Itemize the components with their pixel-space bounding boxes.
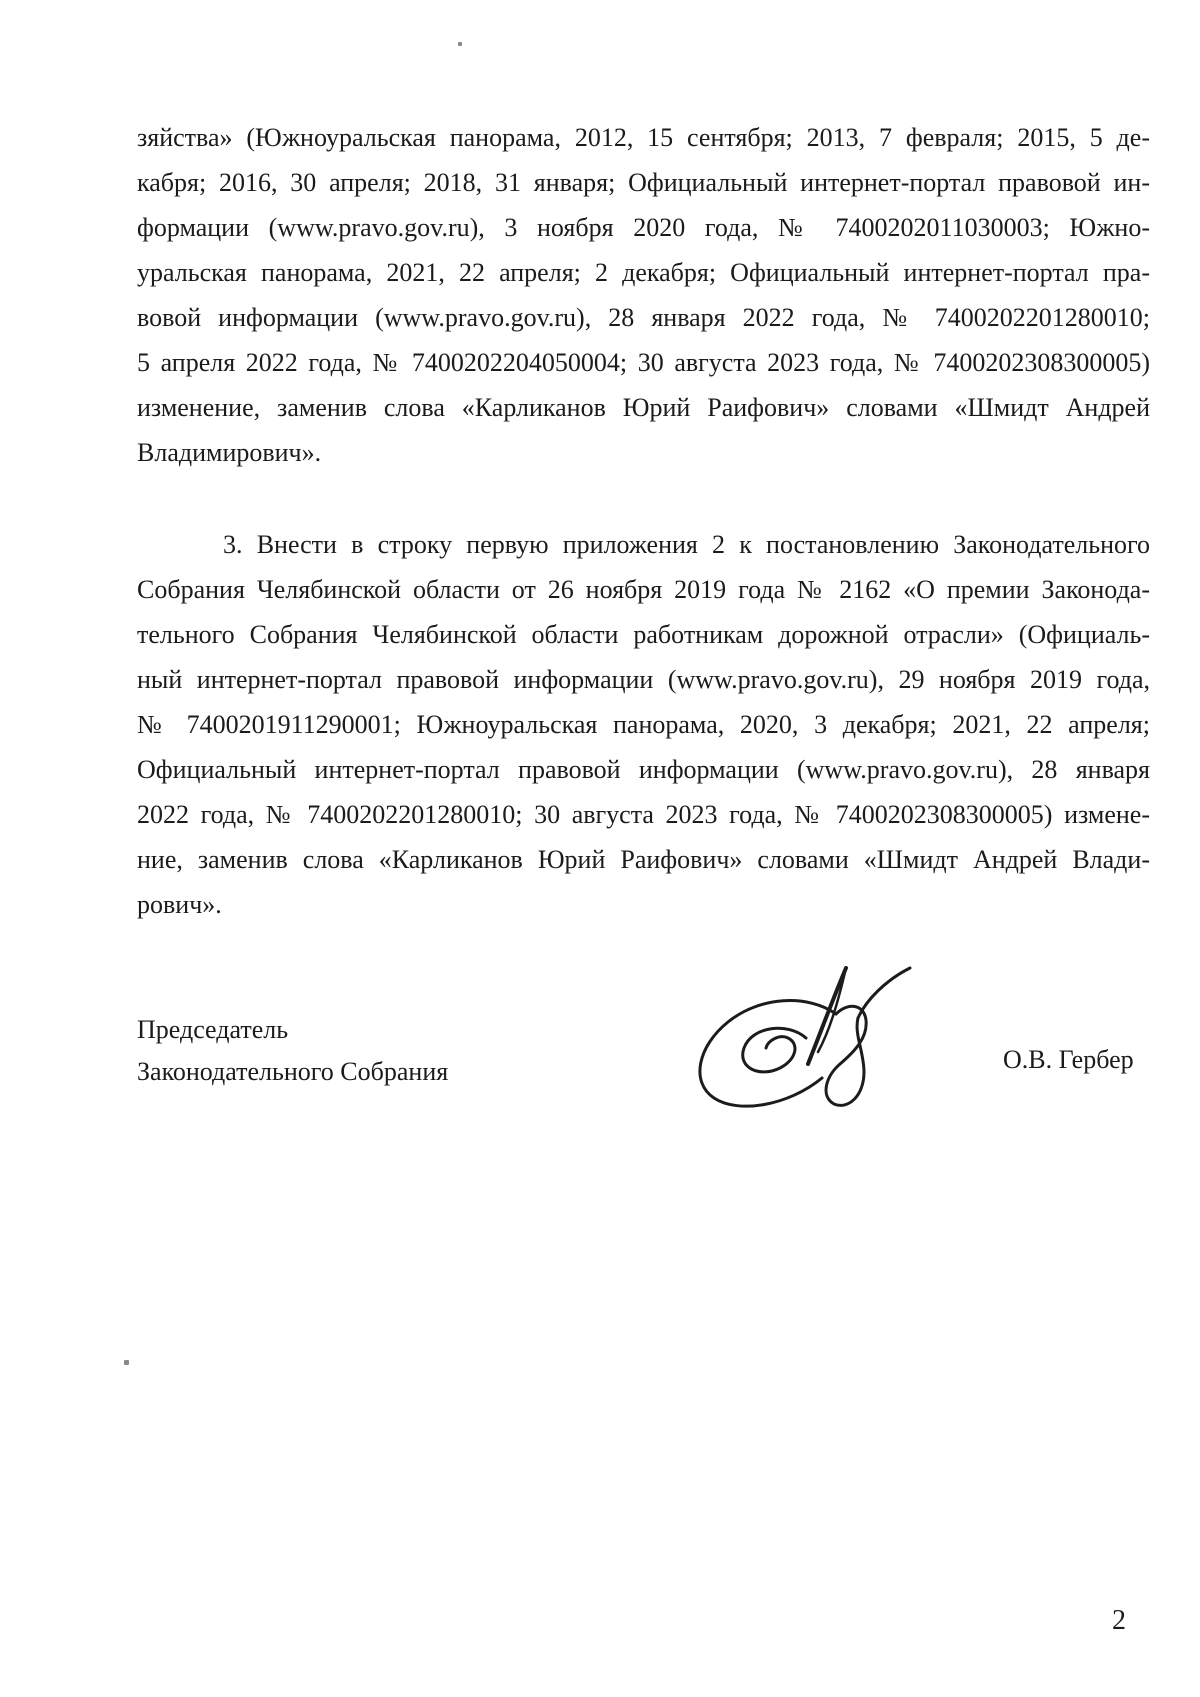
handwritten-signature-icon (688, 956, 920, 1118)
paragraph-line: Собрания Челябинской области от 26 ноябр… (137, 567, 1150, 612)
paragraph-line: Официальный интернет-портал правовой инф… (137, 747, 1150, 792)
page-number: 2 (1112, 1601, 1126, 1641)
paragraph-line: кабря; 2016, 30 апреля; 2018, 31 января;… (137, 160, 1150, 205)
signer-role-line-1: Председатель (137, 1009, 448, 1051)
signature-block: Председатель Законодательного Собрания (137, 1009, 448, 1093)
document-page: зяйства» (Южноуральская панорама, 2012, … (0, 0, 1200, 1697)
paragraph-line: зяйства» (Южноуральская панорама, 2012, … (137, 115, 1150, 160)
paragraph: зяйства» (Южноуральская панорама, 2012, … (137, 115, 1150, 475)
paragraph-line: уральская панорама, 2021, 22 апреля; 2 д… (137, 250, 1150, 295)
paragraph-line: № 7400201911290001; Южноуральская панора… (137, 702, 1150, 747)
paragraph-line: вовой информации (www.pravo.gov.ru), 28 … (137, 295, 1150, 340)
signer-role-line-2: Законодательного Собрания (137, 1051, 448, 1093)
paragraph-line: ный интернет-портал правовой информации … (137, 657, 1150, 702)
paragraph-line: Владимирович». (137, 430, 1150, 475)
paragraph-line: 2022 года, № 7400202201280010; 30 август… (137, 792, 1150, 837)
scan-artifact-speck (458, 42, 462, 46)
paragraph-line: 3. Внести в строку первую приложения 2 к… (137, 522, 1150, 567)
paragraph: 3. Внести в строку первую приложения 2 к… (137, 522, 1150, 927)
scan-artifact-speck (124, 1360, 129, 1365)
paragraph-line: 5 апреля 2022 года, № 7400202204050004; … (137, 340, 1150, 385)
paragraph-line: рович». (137, 882, 1150, 927)
paragraph-line: тельного Собрания Челябинской области ра… (137, 612, 1150, 657)
paragraph-line: изменение, заменив слова «Карликанов Юри… (137, 385, 1150, 430)
document-body: зяйства» (Южноуральская панорама, 2012, … (137, 115, 1150, 927)
paragraph-line: формации (www.pravo.gov.ru), 3 ноября 20… (137, 205, 1150, 250)
signer-name: О.В. Гербер (1003, 1039, 1134, 1081)
paragraph-line: ние, заменив слова «Карликанов Юрий Раиф… (137, 837, 1150, 882)
